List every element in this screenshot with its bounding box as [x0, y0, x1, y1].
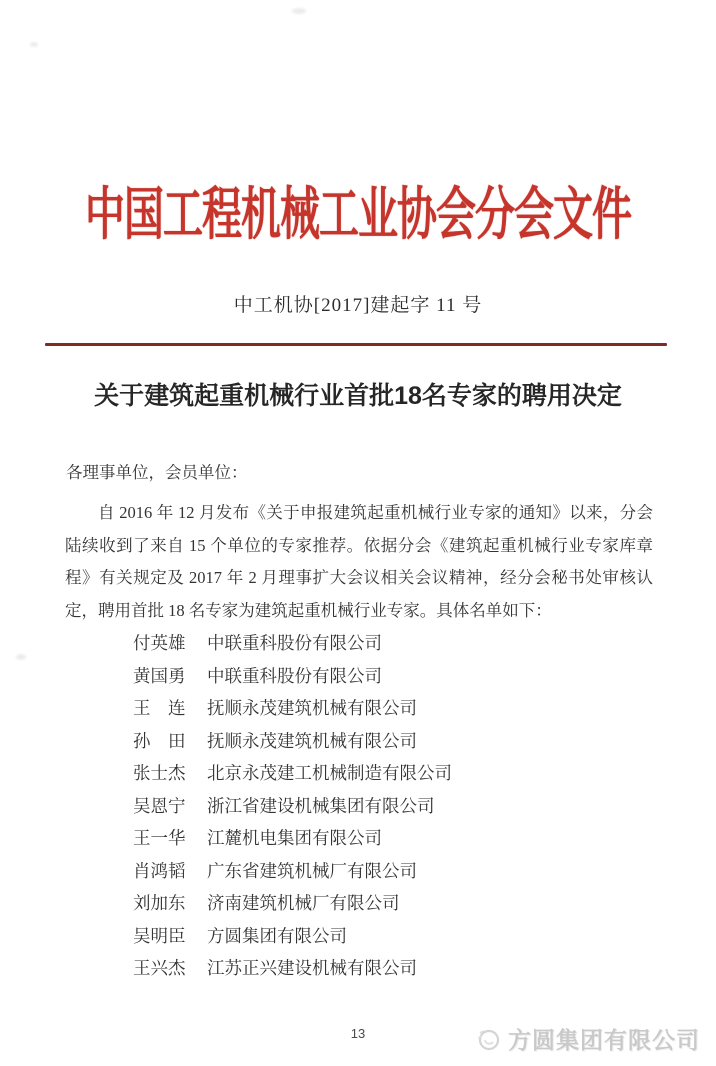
scan-artifact	[16, 654, 26, 660]
expert-name: 付英雄	[133, 627, 207, 660]
expert-row: 王一华 江麓机电集团有限公司	[133, 822, 452, 855]
expert-row: 肖鸿韬 广东省建筑机械厂有限公司	[133, 855, 452, 888]
expert-company: 浙江省建设机械集团有限公司	[207, 790, 435, 823]
doc-title: 关于建筑起重机械行业首批18名专家的聘用决定	[0, 382, 716, 410]
expert-name: 肖鸿韬	[133, 855, 207, 888]
expert-row: 吴恩宁 浙江省建设机械集团有限公司	[133, 790, 452, 823]
doc-number: 中工机协[2017]建起字 11 号	[0, 293, 716, 319]
expert-company: 方圆集团有限公司	[207, 920, 347, 953]
body-paragraph: 自 2016 年 12 月发布《关于申报建筑起重机械行业专家的通知》以来，分会陆…	[65, 497, 653, 627]
salutation: 各理事单位，会员单位：	[66, 461, 248, 485]
scan-artifact	[292, 8, 306, 14]
expert-row: 张士杰 北京永茂建工机械制造有限公司	[133, 757, 452, 790]
expert-name: 刘加东	[133, 887, 207, 920]
expert-name: 吴明臣	[133, 920, 207, 953]
expert-row: 付英雄 中联重科股份有限公司	[133, 627, 452, 660]
expert-row: 刘加东 济南建筑机械厂有限公司	[133, 887, 452, 920]
expert-name: 黄国勇	[133, 660, 207, 693]
expert-row: 王 连 抚顺永茂建筑机械有限公司	[133, 692, 452, 725]
red-divider-line	[45, 343, 667, 346]
org-header-title: 中国工程机械工业协会分会文件	[0, 184, 716, 246]
expert-company: 江麓机电集团有限公司	[207, 822, 382, 855]
experts-list: 付英雄 中联重科股份有限公司 黄国勇 中联重科股份有限公司 王 连 抚顺永茂建筑…	[133, 627, 452, 985]
expert-company: 江苏正兴建设机械有限公司	[207, 952, 417, 985]
expert-company: 北京永茂建工机械制造有限公司	[207, 757, 452, 790]
expert-company: 中联重科股份有限公司	[207, 660, 382, 693]
expert-name: 孙 田	[133, 725, 207, 758]
expert-name: 王 连	[133, 692, 207, 725]
scan-artifact	[30, 42, 38, 47]
expert-name: 吴恩宁	[133, 790, 207, 823]
expert-row: 孙 田 抚顺永茂建筑机械有限公司	[133, 725, 452, 758]
expert-company: 济南建筑机械厂有限公司	[207, 887, 400, 920]
expert-name: 王一华	[133, 822, 207, 855]
expert-company: 中联重科股份有限公司	[207, 627, 382, 660]
expert-company: 广东省建筑机械厂有限公司	[207, 855, 417, 888]
watermark-text: 方圆集团有限公司	[508, 1022, 700, 1055]
expert-name: 张士杰	[133, 757, 207, 790]
watermark: 方圆集团有限公司	[475, 1022, 700, 1055]
expert-row: 王兴杰 江苏正兴建设机械有限公司	[133, 952, 452, 985]
expert-row: 吴明臣 方圆集团有限公司	[133, 920, 452, 953]
fangyuan-logo-icon	[475, 1026, 501, 1052]
expert-name: 王兴杰	[133, 952, 207, 985]
expert-company: 抚顺永茂建筑机械有限公司	[207, 725, 417, 758]
expert-row: 黄国勇 中联重科股份有限公司	[133, 660, 452, 693]
expert-company: 抚顺永茂建筑机械有限公司	[207, 692, 417, 725]
document-page: 中国工程机械工业协会分会文件 中工机协[2017]建起字 11 号 关于建筑起重…	[0, 0, 716, 1066]
